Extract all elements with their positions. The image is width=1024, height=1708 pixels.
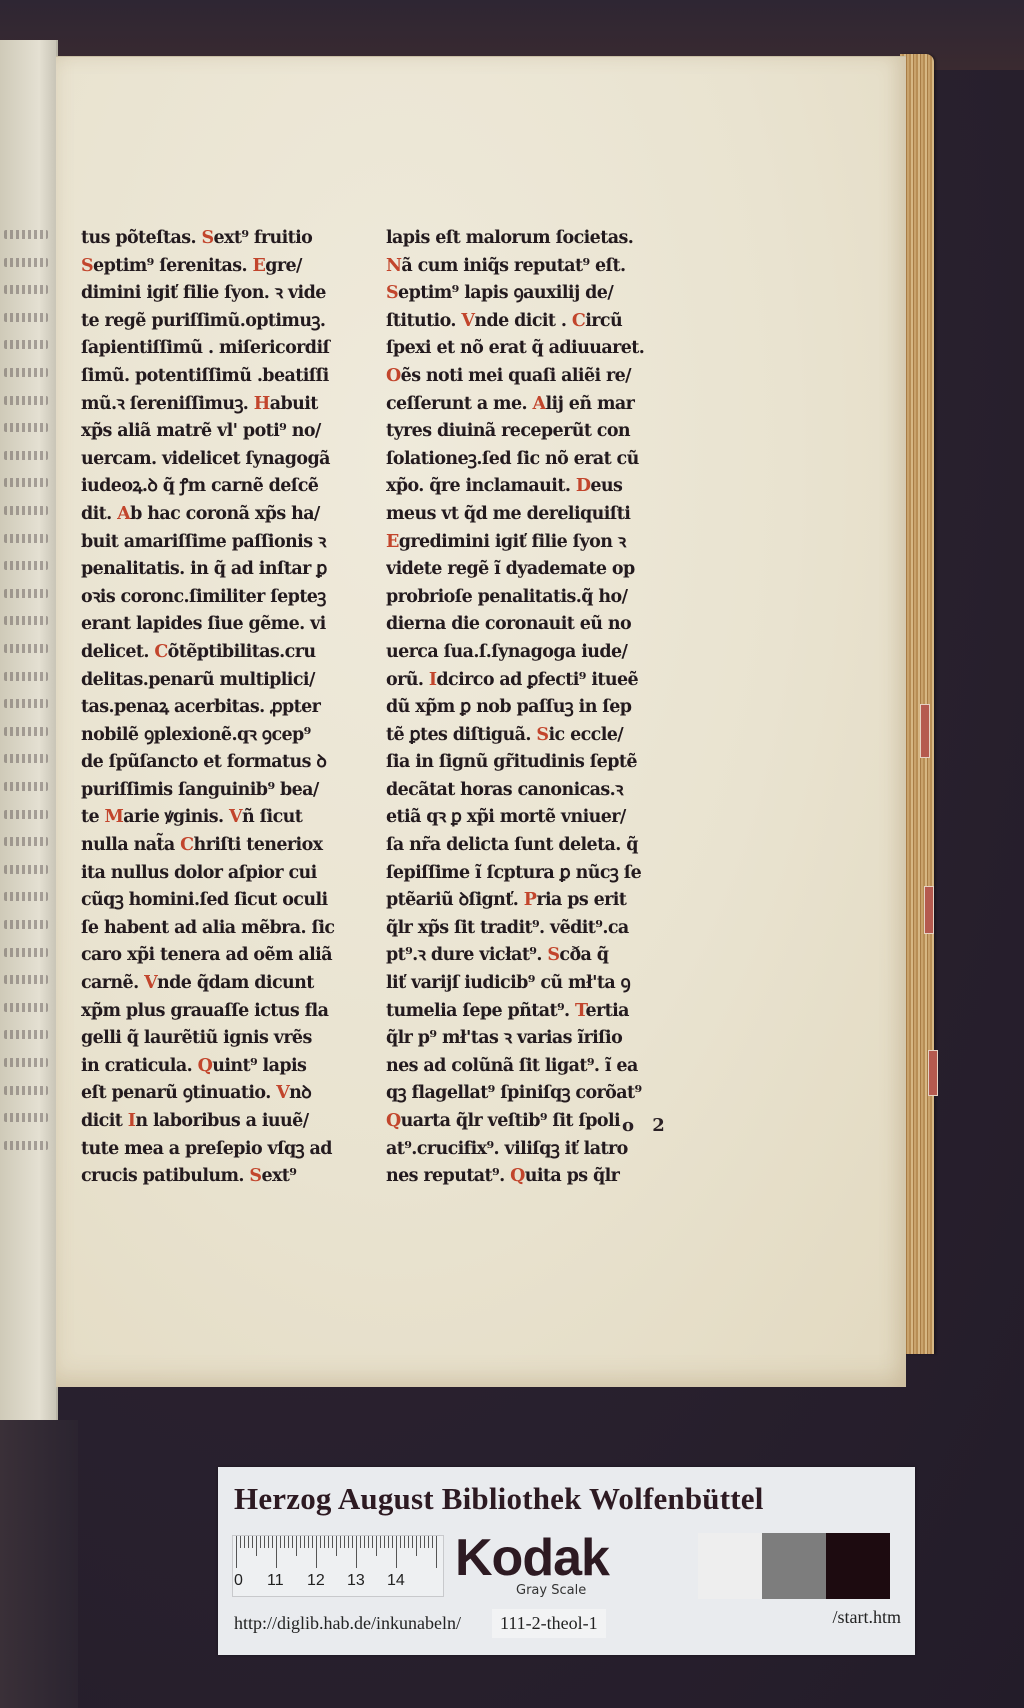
text-line: ſapientiſſimũ . miſericordiſ bbox=[81, 335, 376, 363]
text-segment: meus vt q̃d me dereliquiſti bbox=[386, 504, 630, 524]
ruler-tick bbox=[388, 1536, 389, 1548]
ruler-tick bbox=[292, 1536, 293, 1548]
text-line: dit. Ab hac coronã xp̃s ha/ bbox=[81, 501, 376, 529]
text-line: ſpexi et nõ erat q̃ adiuuaret. bbox=[386, 335, 681, 363]
text-line: orũ. Idcirco ad ꝑfecti⁹ itueẽ bbox=[386, 667, 681, 695]
text-line: dierna die coronauit eũ no bbox=[386, 611, 681, 639]
text-segment: arie ꝟginis. bbox=[123, 807, 229, 827]
rubricated-initial: A bbox=[117, 504, 130, 524]
text-segment: nes reputat⁹. bbox=[386, 1166, 510, 1186]
gray-scale-patches bbox=[698, 1533, 890, 1599]
text-segment: videte regẽ ĩ dyademate op bbox=[386, 559, 635, 579]
facing-page-text-fragment bbox=[4, 285, 48, 294]
rubricated-initial: C bbox=[154, 642, 167, 662]
text-segment: n laboribus a iuuẽ/ bbox=[135, 1111, 308, 1131]
text-segment: ſtitutio. bbox=[386, 311, 461, 331]
ruler-tick bbox=[244, 1536, 245, 1548]
text-segment: eptim⁹ ſerenitas. bbox=[93, 256, 252, 276]
kodak-logo: Kodak bbox=[455, 1528, 609, 1588]
text-line: nobilẽ ꝯplexionẽ.qꝛ ꝯcep⁹ bbox=[81, 722, 376, 750]
rubricated-initial: V bbox=[461, 311, 474, 331]
facing-page-text-fragment bbox=[4, 368, 48, 377]
facing-page-text-fragment bbox=[4, 1058, 48, 1067]
rubricated-initial: Q bbox=[510, 1166, 525, 1186]
text-segment: ſia in ſignũ gr̃itudinis ſeptẽ bbox=[386, 752, 637, 772]
text-segment: cũqꝫ homini.ſed ſicut oculi bbox=[81, 890, 328, 910]
text-segment: nes ad colũnã ſit ligat⁹. ĩ ea bbox=[386, 1056, 638, 1076]
text-segment: ſa nr̃a delicta ſunt deleta. q̃ bbox=[386, 835, 638, 855]
url-suffix: /start.htm bbox=[833, 1607, 902, 1628]
facing-page-text-fragment bbox=[4, 975, 48, 984]
text-segment: ſe habent ad alia mẽbra. ſic bbox=[81, 918, 335, 938]
facing-page-text-fragment bbox=[4, 865, 48, 874]
text-line: eſt penarũ ꝯtinuatio. Vnꝺ bbox=[81, 1080, 376, 1108]
rubricated-initial: S bbox=[81, 256, 93, 276]
text-segment: tyres diuinã receperũt con bbox=[386, 421, 630, 441]
facing-page-text-fragment bbox=[4, 258, 48, 267]
rubricated-initial: E bbox=[252, 256, 265, 276]
text-line: nes reputat⁹. Quita ps q̃lr bbox=[386, 1163, 681, 1191]
facing-page-text-fragment bbox=[4, 340, 48, 349]
text-line: cũqꝫ homini.ſed ſicut oculi bbox=[81, 887, 376, 915]
book-cover-lower-left bbox=[0, 1420, 78, 1708]
ruler-tick bbox=[428, 1536, 429, 1548]
facing-page-text-fragment bbox=[4, 451, 48, 460]
facing-page-text-fragment bbox=[4, 1030, 48, 1039]
ruler-tick bbox=[432, 1536, 433, 1548]
text-segment: nulla nat̃a bbox=[81, 835, 180, 855]
rubricated-initial: O bbox=[386, 366, 401, 386]
ruler-tick bbox=[284, 1536, 285, 1548]
text-line: ſtitutio. Vnde dicit . Circũ bbox=[386, 308, 681, 336]
facing-page-text-fragment bbox=[4, 230, 48, 239]
facing-page-text-fragment bbox=[4, 1141, 48, 1150]
text-segment: cða q̃ bbox=[559, 945, 608, 965]
facing-page-text-fragment bbox=[4, 589, 48, 598]
text-line: in craticula. Quint⁹ lapis bbox=[81, 1053, 376, 1081]
text-line: Oẽs noti mei quaſi aliẽi re/ bbox=[386, 363, 681, 391]
rubricated-initial: A bbox=[533, 394, 546, 414]
text-segment: caro xp̃i tenera ad oẽm aliã bbox=[81, 945, 332, 965]
text-line: xp̃m plus grauaſſe ictus fla bbox=[81, 998, 376, 1026]
text-segment: buit amariſſime paſſionis ꝛ bbox=[81, 532, 326, 552]
facing-page-text-fragment bbox=[4, 644, 48, 653]
text-segment: q̃lr p⁹ mł'tas ꝛ varias ĩriſio bbox=[386, 1028, 622, 1048]
text-segment: te regẽ puriſſimũ.optimuꝫ. bbox=[81, 311, 325, 331]
ruler-tick bbox=[324, 1536, 325, 1548]
rubricated-initial: V bbox=[229, 807, 242, 827]
text-line: q̃lr xp̃s ſit tradit⁹. vẽdit⁹.ca bbox=[386, 915, 681, 943]
text-line: ceſſerunt a me. Alij eñ mar bbox=[386, 391, 681, 419]
ruler-label: 0 bbox=[234, 1572, 243, 1590]
text-line: ſepiſſime ĩ ſcptura ꝑ nũcꝫ ſe bbox=[386, 860, 681, 888]
facing-page-text-fragment bbox=[4, 1003, 48, 1012]
text-segment: õtẽptibilitas.cru bbox=[168, 642, 316, 662]
library-title: Herzog August Bibliothek Wolfenbüttel bbox=[234, 1481, 904, 1517]
rubricated-initial: C bbox=[572, 311, 585, 331]
text-segment: dit. bbox=[81, 504, 117, 524]
text-segment: q̃lr xp̃s ſit tradit⁹. vẽdit⁹.ca bbox=[386, 918, 629, 938]
facing-page-text-fragment bbox=[4, 754, 48, 763]
text-segment: ircũ bbox=[585, 311, 622, 331]
text-segment: xp̃m plus grauaſſe ictus fla bbox=[81, 1001, 328, 1021]
url-prefix: http://diglib.hab.de/inkunabeln/ bbox=[234, 1613, 461, 1634]
text-column-left: tus põteſtas. Sext⁹ fruitioSeptim⁹ ſeren… bbox=[81, 225, 376, 1191]
text-line: iudeoꝝ.ꝺ q̃ ꝭm carnẽ deſcẽ bbox=[81, 473, 376, 501]
facing-page-text-fragment bbox=[4, 313, 48, 322]
facing-page-text-fragment bbox=[4, 1086, 48, 1095]
text-segment: xp̃o. q̃re inclamauit. bbox=[386, 476, 576, 496]
text-segment: puriſſimis ſanguinib⁹ bea/ bbox=[81, 780, 319, 800]
facing-page-text-fragment bbox=[4, 478, 48, 487]
text-segment: ptẽariũ ꝺſignť. bbox=[386, 890, 524, 910]
text-line: xp̃o. q̃re inclamauit. Deus bbox=[386, 473, 681, 501]
rubricated-initial: S bbox=[547, 945, 559, 965]
text-line: penalitatis. in q̃ ad inſtar ꝑ bbox=[81, 556, 376, 584]
facing-page-text-fragment bbox=[4, 423, 48, 432]
text-segment: tas.penaꝝ acerbitas. ꝓpter bbox=[81, 697, 320, 717]
ruler-tick bbox=[332, 1536, 333, 1548]
text-segment: gredimini igiť filie ſyon ꝛ bbox=[399, 532, 626, 552]
facing-page-text-fragment bbox=[4, 1113, 48, 1122]
text-segment: in craticula. bbox=[81, 1056, 198, 1076]
ruler-tick bbox=[404, 1536, 405, 1548]
gray-patch bbox=[762, 1533, 826, 1599]
text-line: tas.penaꝝ acerbitas. ꝓpter bbox=[81, 694, 376, 722]
shelfmark-label: 111-2-theol-1 bbox=[492, 1609, 606, 1638]
text-segment: eptim⁹ lapis ꝯauxilij de/ bbox=[398, 283, 613, 303]
ruler-tick bbox=[364, 1536, 365, 1548]
text-line: etiã qꝛ ꝑ xp̃i mortẽ vniuer/ bbox=[386, 804, 681, 832]
text-segment: iudeoꝝ.ꝺ q̃ ꝭm carnẽ deſcẽ bbox=[81, 476, 318, 496]
text-line: dimini igiť filie ſyon. ꝛ vide bbox=[81, 280, 376, 308]
text-line: de ſpũſancto et formatus ꝺ bbox=[81, 749, 376, 777]
reference-card: Herzog August Bibliothek Wolfenbüttel 01… bbox=[218, 1467, 915, 1655]
page-tab-marker bbox=[920, 704, 930, 758]
ruler-tick bbox=[408, 1536, 409, 1548]
text-segment: dũ xp̃m ꝑ nob paſſuꝫ in ſep bbox=[386, 697, 631, 717]
text-line: tumelia ſepe pñtat⁹. Tertia bbox=[386, 998, 681, 1026]
text-line: te Marie ꝟginis. Vñ ſicut bbox=[81, 804, 376, 832]
rubricated-initial: S bbox=[386, 283, 398, 303]
rubricated-initial: E bbox=[386, 532, 399, 552]
rubricated-initial: V bbox=[144, 973, 157, 993]
ruler-tick bbox=[376, 1536, 377, 1556]
gray-patch bbox=[826, 1533, 890, 1599]
text-segment: at⁹.crucifix⁹. viliſqꝫ iť latro bbox=[386, 1139, 628, 1159]
text-line: qꝫ flagellat⁹ ſpiniſqꝫ corõat⁹ bbox=[386, 1080, 681, 1108]
text-line: buit amariſſime paſſionis ꝛ bbox=[81, 529, 376, 557]
ruler-tick bbox=[280, 1536, 281, 1548]
text-segment: delicet. bbox=[81, 642, 154, 662]
text-line: ptẽariũ ꝺſignť. Pria ps erit bbox=[386, 887, 681, 915]
facing-page-text-fragment bbox=[4, 948, 48, 957]
text-segment: lij eñ mar bbox=[545, 394, 634, 414]
ruler-tick bbox=[416, 1536, 417, 1556]
ruler-tick bbox=[260, 1536, 261, 1548]
text-segment: orũ. bbox=[386, 670, 429, 690]
text-line: tẽ ꝑtes diſtiguã. Sic eccle/ bbox=[386, 722, 681, 750]
text-segment: ã cum iniq̃s reputat⁹ eſt. bbox=[401, 256, 625, 276]
text-line: videte regẽ ĩ dyademate op bbox=[386, 556, 681, 584]
text-line: Nã cum iniq̃s reputat⁹ eſt. bbox=[386, 253, 681, 281]
ruler-tick bbox=[240, 1536, 241, 1548]
facing-page-text-fragment bbox=[4, 837, 48, 846]
ruler-tick bbox=[400, 1536, 401, 1548]
text-segment: tẽ ꝑtes diſtiguã. bbox=[386, 725, 536, 745]
text-line: caro xp̃i tenera ad oẽm aliã bbox=[81, 942, 376, 970]
ruler-tick bbox=[424, 1536, 425, 1548]
ruler-tick bbox=[256, 1536, 257, 1556]
text-line: nulla nat̃a Chriſti teneriox bbox=[81, 832, 376, 860]
text-line: decãtat horas canonicas.ꝛ bbox=[386, 777, 681, 805]
text-segment: uerca ſua.ſ.ſynagoga iude/ bbox=[386, 642, 627, 662]
text-segment: te bbox=[81, 807, 105, 827]
text-segment: ria ps erit bbox=[536, 890, 626, 910]
rubricated-initial: C bbox=[180, 835, 193, 855]
text-segment: dicit bbox=[81, 1111, 128, 1131]
text-segment: b hac coronã xp̃s ha/ bbox=[130, 504, 320, 524]
text-line: meus vt q̃d me dereliquiſti bbox=[386, 501, 681, 529]
text-segment: de ſpũſancto et formatus ꝺ bbox=[81, 752, 326, 772]
facing-page-text-fragment bbox=[4, 672, 48, 681]
text-segment: crucis patibulum. bbox=[81, 1166, 249, 1186]
rubricated-initial: P bbox=[524, 890, 537, 910]
text-segment: ita nullus dolor aſpior cui bbox=[81, 863, 317, 883]
rubricated-initial: S bbox=[536, 725, 548, 745]
facing-page-text-fragment bbox=[4, 506, 48, 515]
ruler-tick bbox=[316, 1536, 317, 1568]
text-segment: nobilẽ ꝯplexionẽ.qꝛ ꝯcep⁹ bbox=[81, 725, 311, 745]
text-segment: probrioſe penalitatis.q̃ ho/ bbox=[386, 587, 627, 607]
facing-page-text-fragment bbox=[4, 892, 48, 901]
facing-page-text-fragment bbox=[4, 396, 48, 405]
text-segment: uint⁹ lapis bbox=[212, 1056, 306, 1076]
text-segment: ſapientiſſimũ . miſericordiſ bbox=[81, 338, 329, 358]
ruler-tick bbox=[384, 1536, 385, 1548]
text-line: te regẽ puriſſimũ.optimuꝫ. bbox=[81, 308, 376, 336]
text-line: ſe habent ad alia mẽbra. ſic bbox=[81, 915, 376, 943]
text-segment: delitas.penarũ multiplici/ bbox=[81, 670, 315, 690]
text-segment: ẽs noti mei quaſi aliẽi re/ bbox=[401, 366, 631, 386]
ruler-tick bbox=[268, 1536, 269, 1548]
ruler-tick bbox=[304, 1536, 305, 1548]
ruler-label: 11 bbox=[267, 1572, 284, 1590]
ruler-tick bbox=[360, 1536, 361, 1548]
text-segment: penalitatis. in q̃ ad inſtar ꝑ bbox=[81, 559, 327, 579]
ruler-tick bbox=[392, 1536, 393, 1548]
ruler-tick bbox=[248, 1536, 249, 1548]
text-segment: lapis eſt malorum ſocietas. bbox=[386, 228, 633, 248]
text-segment: tus põteſtas. bbox=[81, 228, 201, 248]
ruler-tick bbox=[396, 1536, 397, 1568]
text-segment: liť varijſ iudicib⁹ cũ mł'ta ꝯ bbox=[386, 973, 630, 993]
rubricated-initial: Q bbox=[386, 1111, 401, 1131]
text-line: uerca ſua.ſ.ſynagoga iude/ bbox=[386, 639, 681, 667]
ruler-label: 14 bbox=[387, 1572, 405, 1590]
text-segment: ſolationeꝫ.ſed ſic nõ erat cũ bbox=[386, 449, 639, 469]
text-line: q̃lr p⁹ mł'tas ꝛ varias ĩriſio bbox=[386, 1025, 681, 1053]
rubricated-initial: S bbox=[249, 1166, 261, 1186]
ruler-tick bbox=[368, 1536, 369, 1548]
ruler-label: 12 bbox=[307, 1572, 325, 1590]
page-tab-marker bbox=[928, 1050, 938, 1096]
text-line: Egredimini igiť filie ſyon ꝛ bbox=[386, 529, 681, 557]
facing-page-text-fragment bbox=[4, 782, 48, 791]
ruler-tick bbox=[420, 1536, 421, 1548]
text-line: puriſſimis ſanguinib⁹ bea/ bbox=[81, 777, 376, 805]
text-segment: pt⁹.ꝛ dure vicłat⁹. bbox=[386, 945, 547, 965]
text-line: uercam. videlicet ſynagogã bbox=[81, 446, 376, 474]
text-segment: dimini igiť filie ſyon. ꝛ vide bbox=[81, 283, 326, 303]
text-segment: ic eccle/ bbox=[548, 725, 623, 745]
text-segment: eus bbox=[590, 476, 622, 496]
ruler-tick bbox=[356, 1536, 357, 1568]
text-line: dicit In laboribus a iuuẽ/ bbox=[81, 1108, 376, 1136]
text-line: delitas.penarũ multiplici/ bbox=[81, 667, 376, 695]
ruler-scale: 011121314 bbox=[232, 1535, 444, 1597]
text-line: ſimũ. potentiſſimũ .beatiſſi bbox=[81, 363, 376, 391]
text-line: nes ad colũnã ſit ligat⁹. ĩ ea bbox=[386, 1053, 681, 1081]
text-segment: gelli q̃ laurẽtiũ ignis vrẽs bbox=[81, 1028, 312, 1048]
rubricated-initial: T bbox=[575, 1001, 585, 1021]
ruler-tick bbox=[372, 1536, 373, 1548]
gray-scale-label: Gray Scale bbox=[516, 1583, 586, 1598]
ruler-tick bbox=[336, 1536, 337, 1556]
text-line: xp̃s aliã matrẽ vl' poti⁹ no/ bbox=[81, 418, 376, 446]
page-tab-marker bbox=[924, 886, 934, 934]
text-segment: ñ ſicut bbox=[242, 807, 302, 827]
text-line: ſa nr̃a delicta ſunt deleta. q̃ bbox=[386, 832, 681, 860]
text-segment: gre/ bbox=[265, 256, 302, 276]
text-segment: tumelia ſepe pñtat⁹. bbox=[386, 1001, 575, 1021]
text-segment: etiã qꝛ ꝑ xp̃i mortẽ vniuer/ bbox=[386, 807, 626, 827]
ruler-tick bbox=[236, 1536, 237, 1568]
facing-page-text-fragment bbox=[4, 534, 48, 543]
text-line: delicet. Cõtẽptibilitas.cru bbox=[81, 639, 376, 667]
ruler-tick bbox=[320, 1536, 321, 1548]
rubricated-initial: S bbox=[201, 228, 213, 248]
text-segment: uarta q̃lr veſtib⁹ ſit ſpoli bbox=[401, 1111, 620, 1131]
text-segment: decãtat horas canonicas.ꝛ bbox=[386, 780, 623, 800]
text-segment: ceſſerunt a me. bbox=[386, 394, 533, 414]
text-line: Septim⁹ lapis ꝯauxilij de/ bbox=[386, 280, 681, 308]
rubricated-initial: V bbox=[276, 1083, 289, 1103]
text-segment: ext⁹ fruitio bbox=[214, 228, 313, 248]
facing-page-text-fragment bbox=[4, 810, 48, 819]
text-segment: tute mea a preſepio vſqꝫ ad bbox=[81, 1139, 332, 1159]
text-segment: ertia bbox=[585, 1001, 628, 1021]
ruler-tick bbox=[300, 1536, 301, 1548]
text-line: tute mea a preſepio vſqꝫ ad bbox=[81, 1136, 376, 1164]
text-segment: qꝫ flagellat⁹ ſpiniſqꝫ corõat⁹ bbox=[386, 1083, 642, 1103]
rubricated-initial: N bbox=[386, 256, 401, 276]
rubricated-initial: H bbox=[254, 394, 270, 414]
text-segment: dcirco ad ꝑfecti⁹ itueẽ bbox=[436, 670, 638, 690]
ruler-tick bbox=[288, 1536, 289, 1548]
facing-page-text-fragment bbox=[4, 616, 48, 625]
facing-page-text-fragment bbox=[4, 727, 48, 736]
ruler-tick bbox=[436, 1536, 437, 1568]
ruler-tick bbox=[380, 1536, 381, 1548]
text-segment: erant lapides ſiue gẽme. vi bbox=[81, 614, 326, 634]
text-segment: ſpexi et nõ erat q̃ adiuuaret. bbox=[386, 338, 644, 358]
text-line: ita nullus dolor aſpior cui bbox=[81, 860, 376, 888]
text-line: lapis eſt malorum ſocietas. bbox=[386, 225, 681, 253]
ruler-label: 13 bbox=[347, 1572, 365, 1590]
text-segment: ſepiſſime ĩ ſcptura ꝑ nũcꝫ ſe bbox=[386, 863, 641, 883]
text-segment: ext⁹ bbox=[261, 1166, 296, 1186]
text-line: erant lapides ſiue gẽme. vi bbox=[81, 611, 376, 639]
ruler-tick bbox=[352, 1536, 353, 1548]
text-line: oꝛis coronc.ſimiliter ſepteꝫ bbox=[81, 584, 376, 612]
text-line: Septim⁹ ſerenitas. Egre/ bbox=[81, 253, 376, 281]
text-segment: nde dicit . bbox=[474, 311, 572, 331]
text-segment: ſimũ. potentiſſimũ .beatiſſi bbox=[81, 366, 329, 386]
ruler-tick bbox=[340, 1536, 341, 1548]
ruler-tick bbox=[344, 1536, 345, 1548]
text-line: dũ xp̃m ꝑ nob paſſuꝫ in ſep bbox=[386, 694, 681, 722]
text-line: mũ.ꝛ ſereniſſimuꝫ. Habuit bbox=[81, 391, 376, 419]
text-column-right: lapis eſt malorum ſocietas.Nã cum iniq̃s… bbox=[386, 225, 681, 1191]
ruler-tick bbox=[412, 1536, 413, 1548]
text-segment: abuit bbox=[270, 394, 318, 414]
text-line: tus põteſtas. Sext⁹ fruitio bbox=[81, 225, 376, 253]
text-line: tyres diuinã receperũt con bbox=[386, 418, 681, 446]
text-segment: hriſti teneriox bbox=[194, 835, 323, 855]
text-segment: nde q̃dam dicunt bbox=[157, 973, 314, 993]
gray-patch bbox=[698, 1533, 762, 1599]
text-line: ſia in ſignũ gr̃itudinis ſeptẽ bbox=[386, 749, 681, 777]
ruler-tick bbox=[328, 1536, 329, 1548]
text-line: ſolationeꝫ.ſed ſic nõ erat cũ bbox=[386, 446, 681, 474]
text-segment: uercam. videlicet ſynagogã bbox=[81, 449, 330, 469]
text-line: liť varijſ iudicib⁹ cũ mł'ta ꝯ bbox=[386, 970, 681, 998]
facing-page-strip bbox=[0, 40, 58, 1420]
text-line: carnẽ. Vnde q̃dam dicunt bbox=[81, 970, 376, 998]
text-segment: nꝺ bbox=[289, 1083, 311, 1103]
rubricated-initial: M bbox=[105, 807, 124, 827]
text-line: probrioſe penalitatis.q̃ ho/ bbox=[386, 584, 681, 612]
rubricated-initial: D bbox=[576, 476, 591, 496]
ruler-tick bbox=[252, 1536, 253, 1548]
ruler-tick bbox=[312, 1536, 313, 1548]
text-segment: mũ.ꝛ ſereniſſimuꝫ. bbox=[81, 394, 254, 414]
text-segment: oꝛis coronc.ſimiliter ſepteꝫ bbox=[81, 587, 326, 607]
text-line: pt⁹.ꝛ dure vicłat⁹. Scða q̃ bbox=[386, 942, 681, 970]
facing-page-text-fragment bbox=[4, 699, 48, 708]
text-segment: uita ps q̃lr bbox=[525, 1166, 620, 1186]
ruler-tick bbox=[296, 1536, 297, 1556]
text-segment: carnẽ. bbox=[81, 973, 144, 993]
ruler-tick bbox=[308, 1536, 309, 1548]
facing-page-text-fragment bbox=[4, 561, 48, 570]
ruler-tick bbox=[264, 1536, 265, 1548]
ruler-tick bbox=[276, 1536, 277, 1568]
rubricated-initial: Q bbox=[198, 1056, 213, 1076]
text-line: at⁹.crucifix⁹. viliſqꝫ iť latro bbox=[386, 1136, 681, 1164]
facing-page-text-fragment bbox=[4, 920, 48, 929]
ruler-tick bbox=[272, 1536, 273, 1548]
text-segment: dierna die coronauit eũ no bbox=[386, 614, 631, 634]
signature-mark: o 2 bbox=[622, 1115, 665, 1136]
text-segment: eſt penarũ ꝯtinuatio. bbox=[81, 1083, 276, 1103]
text-line: gelli q̃ laurẽtiũ ignis vrẽs bbox=[81, 1025, 376, 1053]
text-line: crucis patibulum. Sext⁹ bbox=[81, 1163, 376, 1191]
text-segment: xp̃s aliã matrẽ vl' poti⁹ no/ bbox=[81, 421, 321, 441]
ruler-tick bbox=[348, 1536, 349, 1548]
